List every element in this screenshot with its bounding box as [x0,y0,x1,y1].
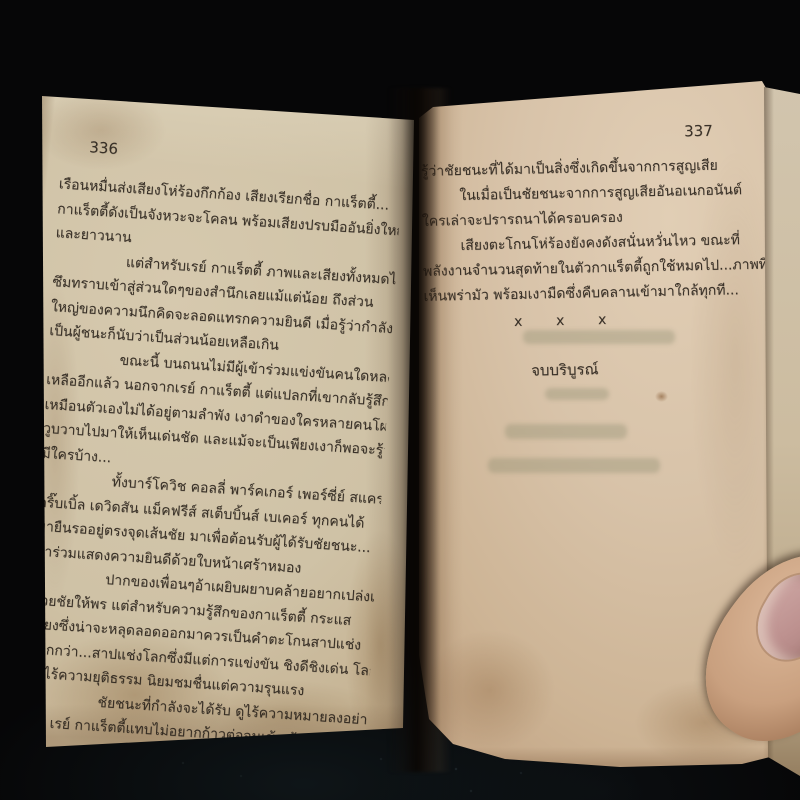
section-break-mark: x [556,308,599,334]
right-page-text: 337 รู้ว่าชัยชนะที่ได้มาเป็นสิ่งซึ่งเกิด… [414,121,771,385]
section-break-marks: xxx [418,305,770,337]
left-page-lines: เรือนหมื่นส่งเสียงโห่ร้องกึกก้อง เสียงเร… [17,172,401,757]
gutter-shadow [388,88,452,772]
right-page-lines: รู้ว่าชัยชนะที่ได้มาเป็นสิ่งซึ่งเกิดขึ้น… [415,153,770,310]
ghost-showthrough [505,424,627,439]
book-photo: 336 เรือนหมื่นส่งเสียงโห่ร้องกึกก้อง เสี… [0,0,800,800]
left-page-text: 336 เรือนหมื่นส่งเสียงโห่ร้องกึกก้อง เสี… [17,136,403,757]
dust-speckles [0,0,2,2]
ghost-showthrough [545,388,609,400]
ghost-showthrough [488,458,660,473]
section-break-mark: x [598,307,641,333]
section-break-mark: x [514,309,557,335]
